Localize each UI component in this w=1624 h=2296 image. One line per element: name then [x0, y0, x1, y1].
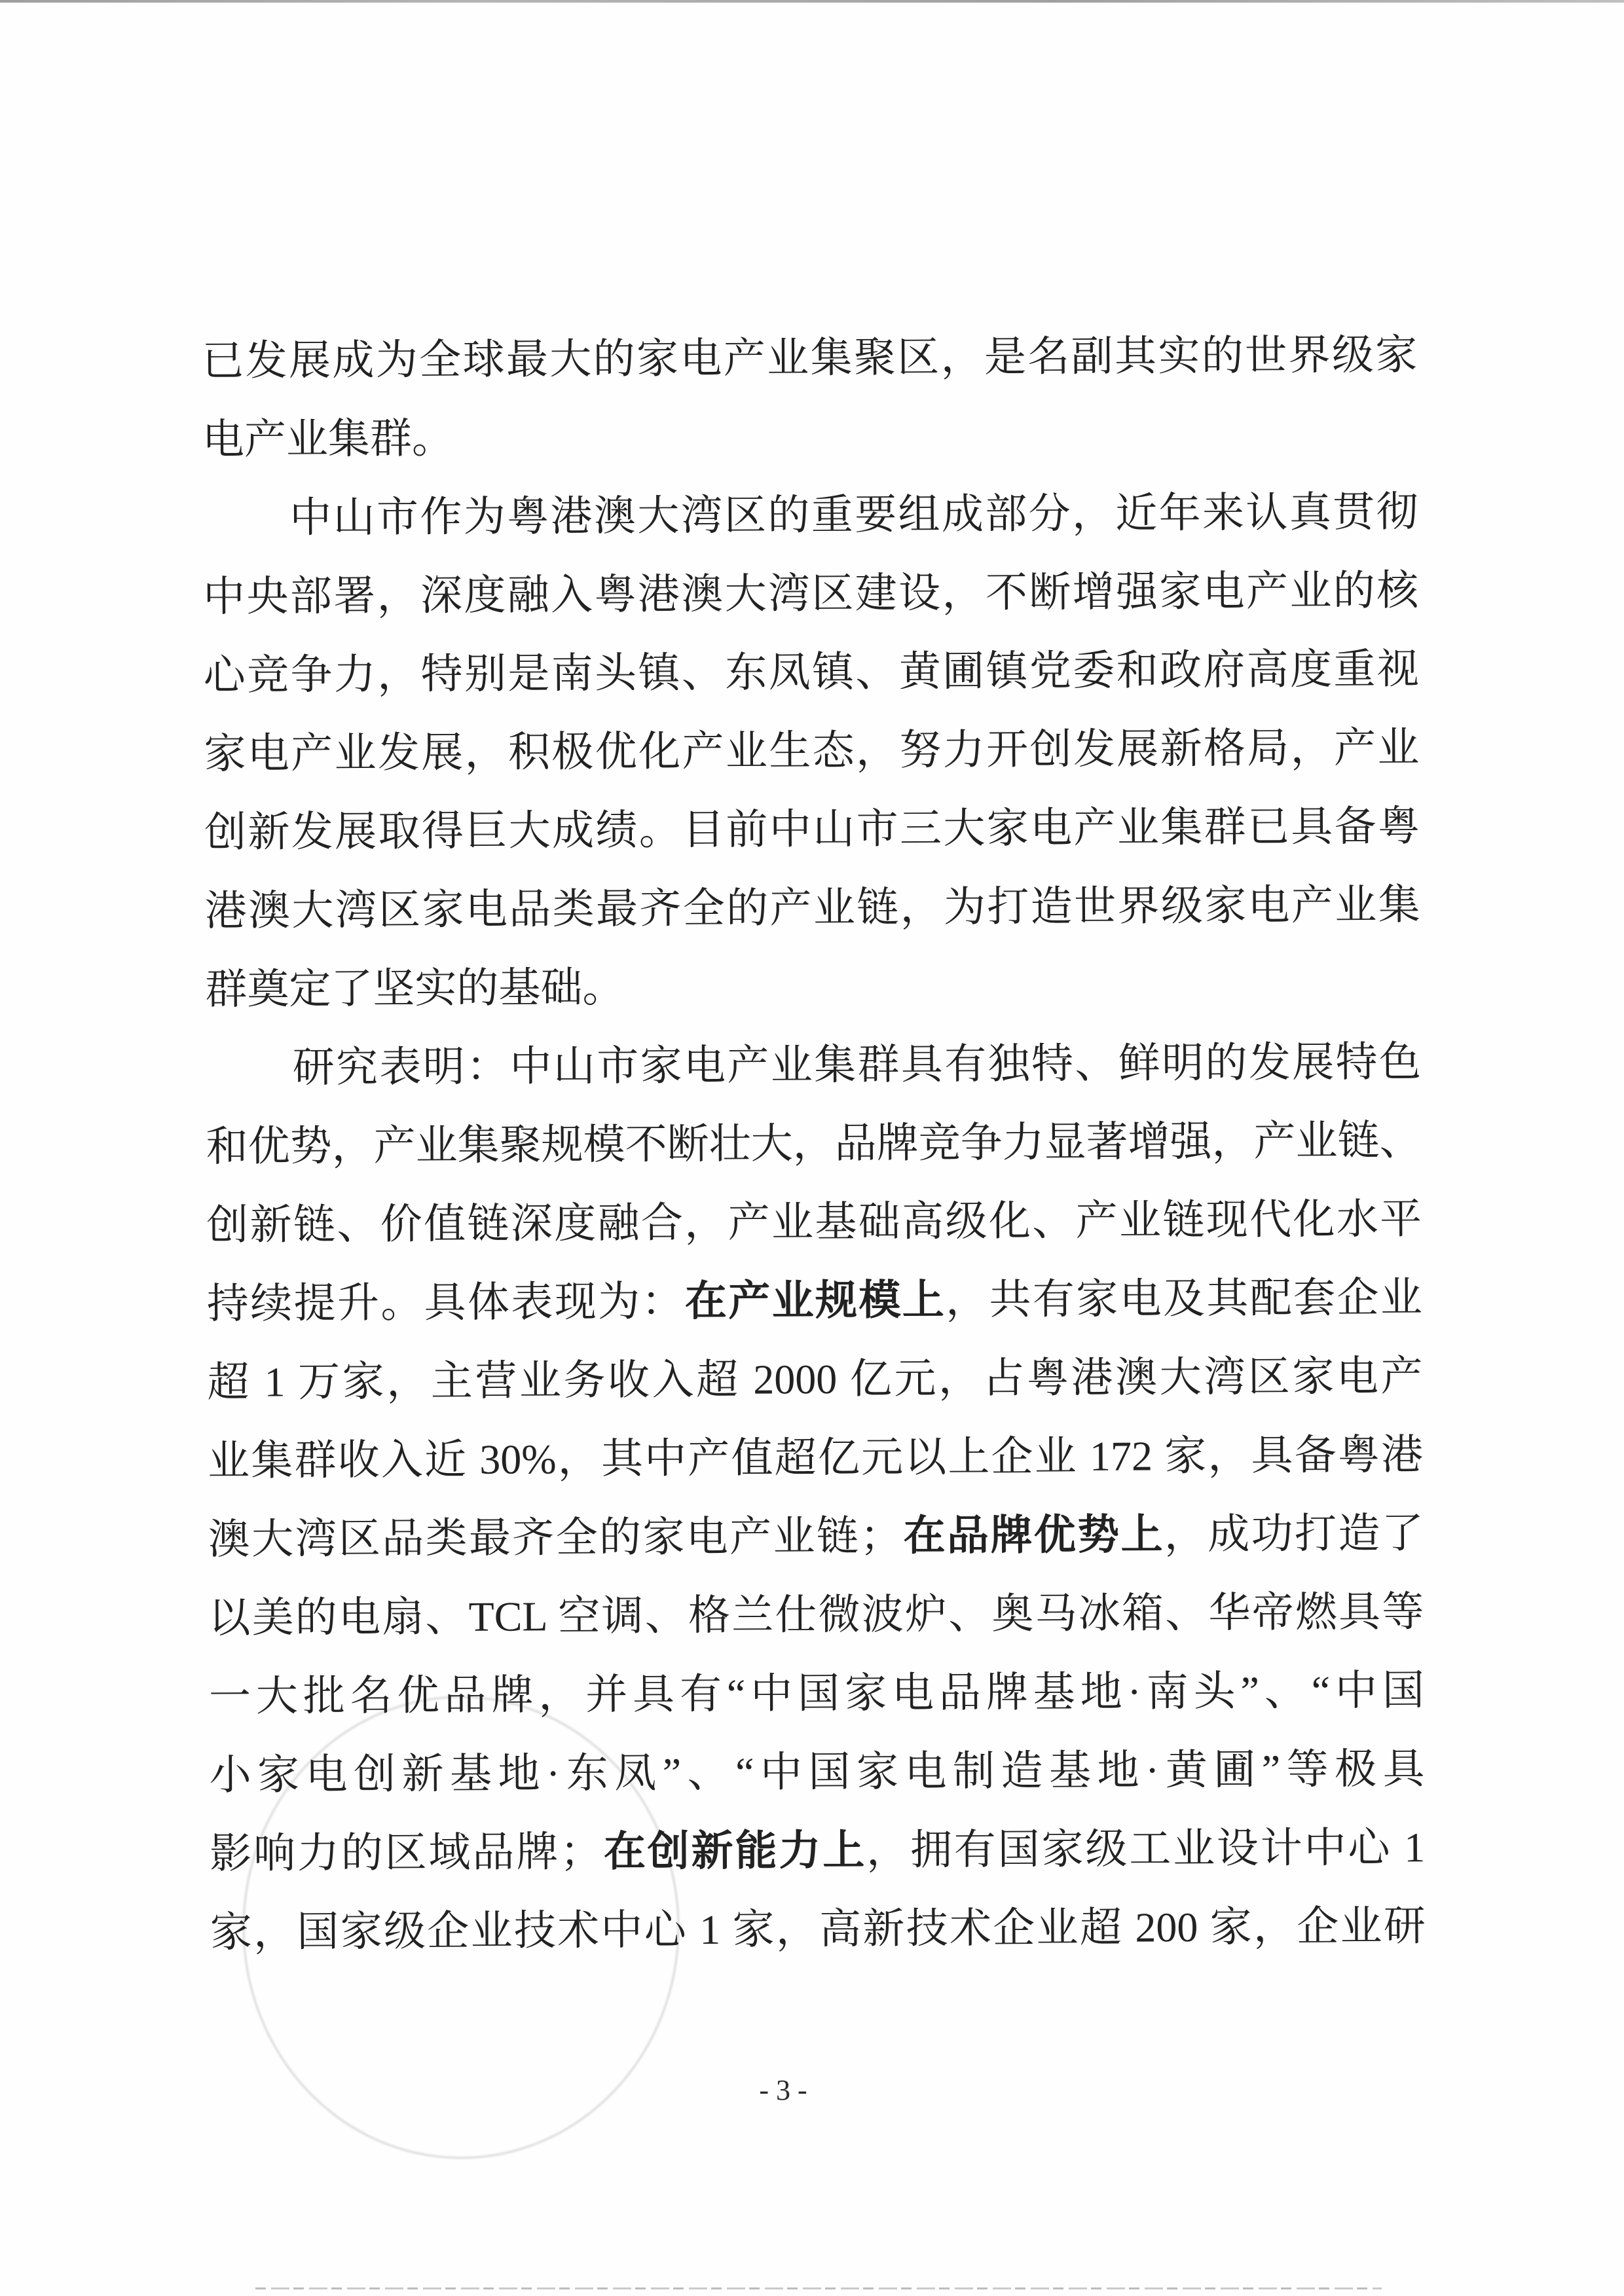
scan-edge-bottom-line: [255, 2287, 1382, 2289]
text-segment: 和优势，产业集聚规模不断壮大，品牌竞争力显著增强，产业链、: [206, 1117, 1421, 1170]
text-segment: ，共有家电及其配套企业: [946, 1274, 1422, 1323]
text-segment: 电产业集群。: [202, 415, 454, 463]
scanned-page: 已发展成为全球最大的家电产业集聚区，是名副其实的世界级家电产业集群。 中山市作为…: [0, 0, 1624, 2296]
text-line: 创新链、价值链深度融合，产业基础高级化、产业链现代化水平: [206, 1180, 1422, 1265]
text-segment: 超 1 万家，主营业务收入超 2000 亿元，占粤港澳大湾区家电产: [207, 1353, 1422, 1406]
text-line: 研究表明：中山市家电产业集群具有独特、鲜明的发展特色: [206, 1023, 1422, 1108]
text-segment: 家，国家级企业技术中心 1 家，高新技术企业超 200 家，企业研: [210, 1903, 1426, 1956]
text-line: 以美的电扇、TCL 空调、格兰仕微波炉、奥马冰箱、华帝燃具等: [208, 1573, 1424, 1658]
text-line: 中山市作为粤港澳大湾区的重要组成部分，近年来认真贯彻: [202, 473, 1418, 558]
text-segment: 研究表明：中山市家电产业集群具有独特、鲜明的发展特色: [206, 1038, 1421, 1091]
scan-edge-top-line: [0, 0, 1624, 3]
text-line: 一大批名优品牌，并具有“中国家电品牌基地·南头”、“中国: [209, 1651, 1425, 1736]
text-line: 已发展成为全球最大的家电产业集聚区，是名副其实的世界级家: [202, 316, 1418, 401]
text-segment: 中央部署，深度融入粤港澳大湾区建设，不断增强家电产业的核: [203, 567, 1418, 620]
text-line: 创新发展取得巨大成绩。目前中山市三大家电产业集群已具备粤: [204, 787, 1420, 872]
text-segment: 小家电创新基地·东凤”、“中国家电制造基地·黄圃”等极具: [209, 1745, 1424, 1798]
text-line: 港澳大湾区家电品类最齐全的产业链，为打造世界级家电产业集: [204, 866, 1420, 951]
text-line: 心竞争力，特别是南头镇、东凤镇、黄圃镇党委和政府高度重视: [204, 630, 1420, 715]
document-body: 已发展成为全球最大的家电产业集聚区，是名副其实的世界级家电产业集群。 中山市作为…: [202, 316, 1426, 1972]
text-line: 和优势，产业集聚规模不断壮大，品牌竞争力显著增强，产业链、: [206, 1101, 1422, 1186]
text-segment: 已发展成为全球最大的家电产业集聚区，是名副其实的世界级家: [202, 331, 1417, 384]
text-segment: 创新发展取得巨大成绩。目前中山市三大家电产业集群已具备粤: [204, 803, 1420, 856]
text-line: 持续提升。具体表现为：在产业规模上，共有家电及其配套企业: [207, 1258, 1423, 1343]
text-segment: 港澳大湾区家电品类最齐全的产业链，为打造世界级家电产业集: [205, 881, 1420, 934]
text-line: 家，国家级企业技术中心 1 家，高新技术企业超 200 家，企业研: [210, 1887, 1426, 1972]
page-number: - 3 -: [759, 2074, 807, 2107]
text-segment: 心竞争力，特别是南头镇、东凤镇、黄圃镇党委和政府高度重视: [204, 646, 1419, 699]
text-line: 中央部署，深度融入粤港澳大湾区建设，不断增强家电产业的核: [203, 551, 1419, 636]
text-line: 澳大湾区品类最齐全的家电产业链；在品牌优势上，成功打造了: [208, 1494, 1424, 1579]
text-segment: 以美的电扇、TCL 空调、格兰仕微波炉、奥马冰箱、华帝燃具等: [208, 1588, 1424, 1641]
text-line: 业集群收入近 30%，其中产值超亿元以上企业 172 家，具备粤港: [208, 1415, 1424, 1501]
text-line: 群奠定了坚实的基础。: [205, 944, 1421, 1029]
text-line: 家电产业发展，积极优化产业生态，努力开创发展新格局，产业: [204, 708, 1420, 793]
text-segment: 业集群收入近 30%，其中产值超亿元以上企业 172 家，具备粤港: [208, 1431, 1423, 1484]
bold-text-segment: 在产业规模上: [685, 1277, 946, 1324]
text-line: 电产业集群。: [202, 394, 1418, 479]
text-line: 影响力的区域品牌；在创新能力上，拥有国家级工业设计中心 1: [210, 1808, 1426, 1893]
bold-text-segment: 在创新能力上: [602, 1827, 866, 1875]
text-segment: 影响力的区域品牌；: [210, 1829, 602, 1877]
text-segment: 中山市作为粤港澳大湾区的重要组成部分，近年来认真贯彻: [202, 488, 1418, 541]
text-segment: ，成功打造了: [1164, 1510, 1424, 1558]
text-segment: 家电产业发展，积极优化产业生态，努力开创发展新格局，产业: [204, 724, 1419, 777]
text-segment: 持续提升。具体表现为：: [207, 1278, 685, 1327]
bold-text-segment: 在品牌优势上: [902, 1511, 1164, 1559]
text-segment: 澳大湾区品类最齐全的家电产业链；: [208, 1512, 902, 1563]
text-segment: 创新链、价值链深度融合，产业基础高级化、产业链现代化水平: [206, 1195, 1422, 1248]
text-line: 超 1 万家，主营业务收入超 2000 亿元，占粤港澳大湾区家电产: [207, 1337, 1423, 1422]
text-segment: ，拥有国家级工业设计中心 1: [866, 1824, 1426, 1873]
text-segment: 群奠定了坚实的基础。: [205, 964, 624, 1013]
text-line: 小家电创新基地·东凤”、“中国家电制造基地·黄圃”等极具: [209, 1730, 1425, 1815]
text-segment: 一大批名优品牌，并具有“中国家电品牌基地·南头”、“中国: [209, 1667, 1424, 1720]
